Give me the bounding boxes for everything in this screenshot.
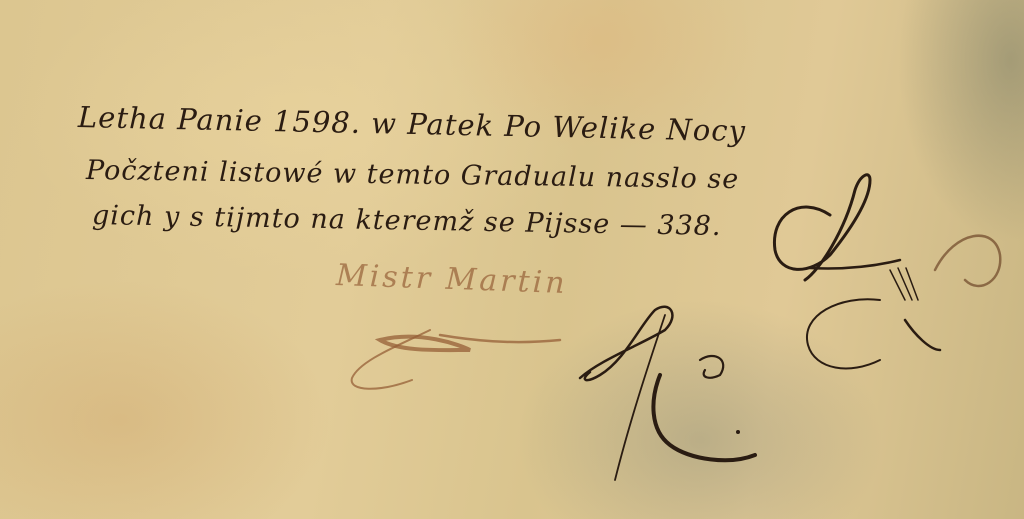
dark-signature-right-faded: [935, 236, 1000, 286]
parchment-page: Letha Panie 1598. w Patek Po Welike Nocy…: [0, 0, 1024, 519]
dark-signature-right: [774, 175, 940, 369]
dark-signature-center: [580, 307, 755, 480]
faded-flourish: [352, 330, 560, 389]
ink-flourishes: [0, 0, 1024, 519]
